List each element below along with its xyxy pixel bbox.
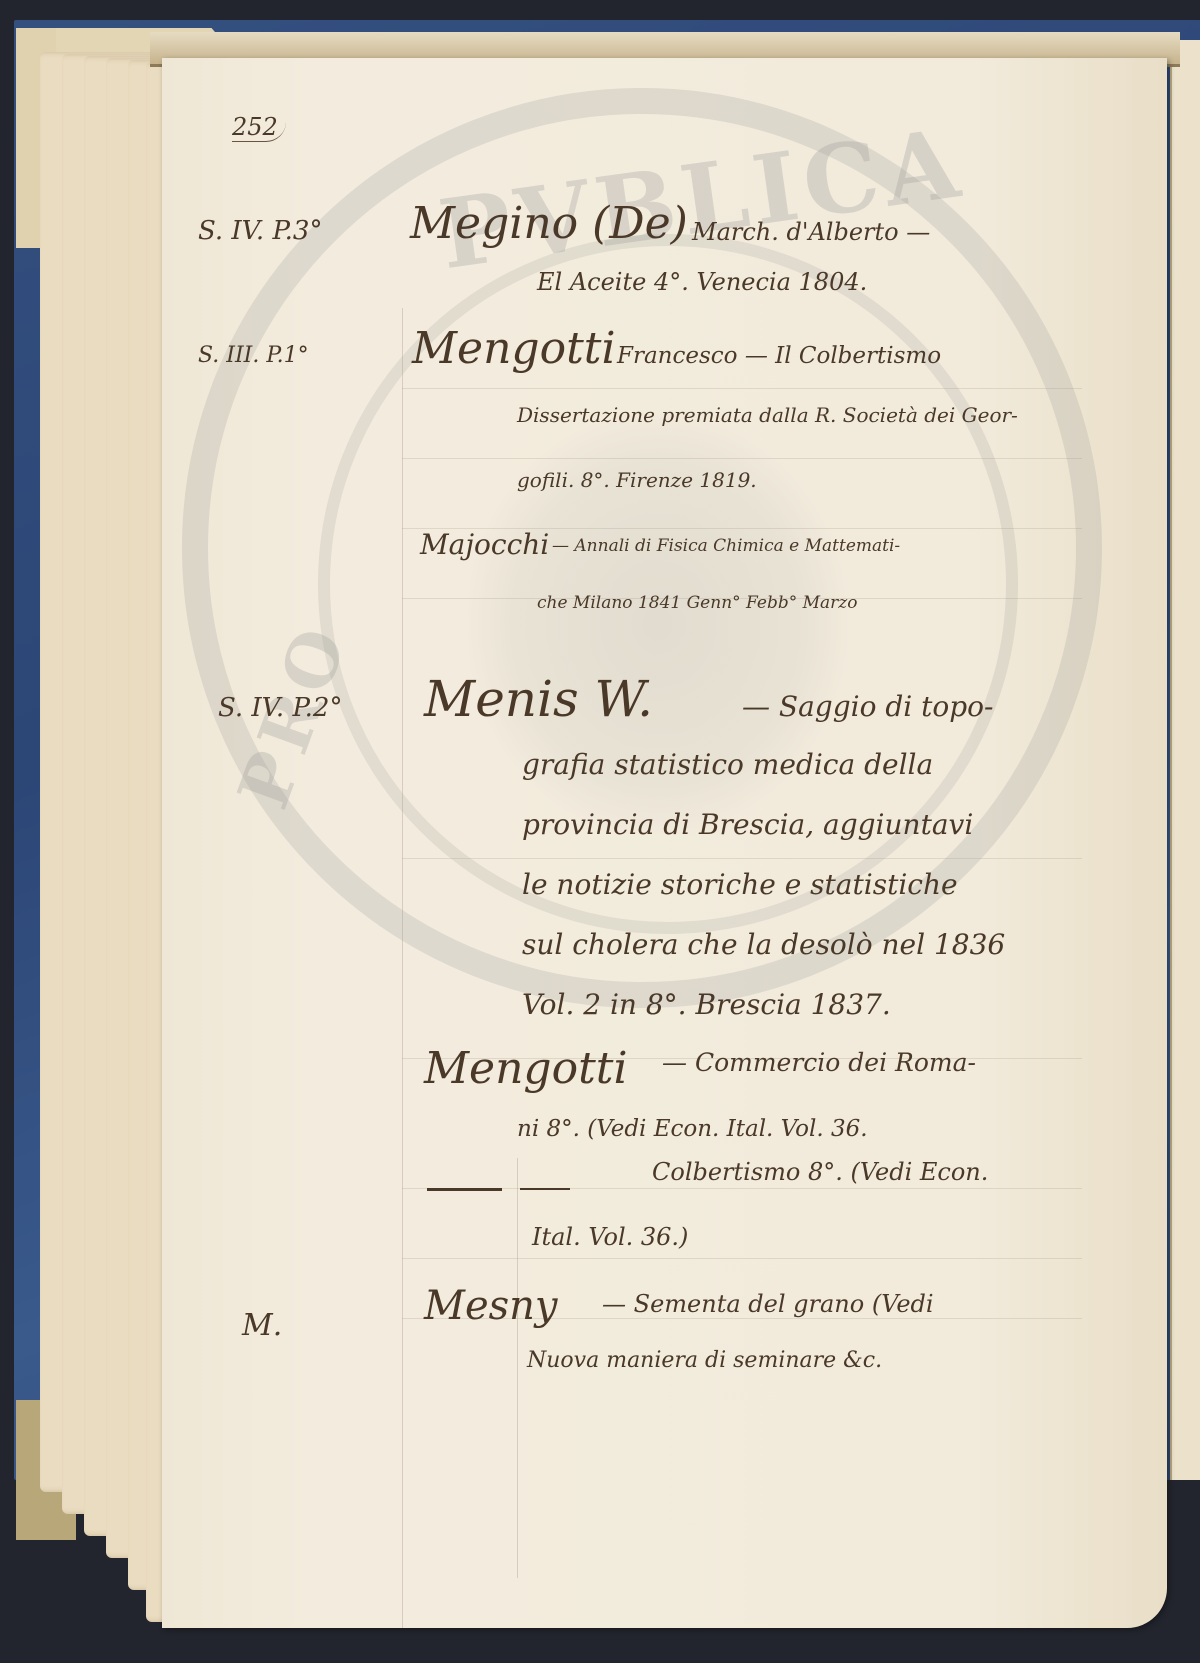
entry-author: Majocchi (420, 528, 549, 561)
facing-page-edge (1170, 40, 1200, 1480)
entry-line: — Commercio dei Roma- (662, 1048, 976, 1077)
ditto-dash (427, 1188, 502, 1191)
entry-line: le notizie storiche e statistiche (522, 868, 958, 901)
shelfmark: S. IV. P.2° (218, 693, 342, 723)
shelfmark: M. (242, 1308, 282, 1343)
entry-line: — Saggio di topo- (742, 690, 993, 723)
entry-author: Mesny (424, 1283, 558, 1329)
shelfmark: S. IV. P.3° (198, 216, 322, 246)
entry-line: Nuova maniera di seminare &c. (527, 1348, 882, 1373)
entry-line: che Milano 1841 Genn° Febb° Marzo (537, 593, 858, 613)
entry-line: provincia di Brescia, aggiuntavi (522, 808, 973, 841)
entry-author: Mengotti (424, 1043, 628, 1094)
entry-author: Menis W. (424, 670, 653, 728)
page-number: 252 (232, 113, 286, 142)
manuscript-page: PVBLICA PRO 252 S. IV. P.3° Megino (De) … (162, 58, 1167, 1628)
entry-line: Ital. Vol. 36.) (532, 1223, 688, 1251)
entry-line: sul cholera che la desolò nel 1836 (522, 928, 1005, 961)
margin-rule (402, 308, 403, 1628)
entry-line: Colbertismo 8°. (Vedi Econ. (652, 1158, 988, 1186)
entry-line: Dissertazione premiata dalla R. Società … (517, 403, 1018, 427)
entry-line: grafia statistico medica della (522, 748, 933, 781)
entry-line: — Annali di Fisica Chimica e Mattemati- (552, 536, 900, 556)
line-rule (402, 858, 1082, 859)
entry-author: Megino (De) (410, 198, 688, 249)
line-rule (402, 458, 1082, 459)
entry-author: Mengotti (412, 323, 616, 374)
line-rule (402, 1188, 1082, 1189)
entry-line: — Sementa del grano (Vedi (602, 1290, 934, 1318)
column-rule (517, 1158, 518, 1578)
entry-line: gofili. 8°. Firenze 1819. (517, 468, 757, 492)
entry-line: Vol. 2 in 8°. Brescia 1837. (522, 988, 891, 1021)
line-rule (402, 1258, 1082, 1259)
entry-line: ni 8°. (Vedi Econ. Ital. Vol. 36. (517, 1116, 868, 1142)
entry-line: El Aceite 4°. Venecia 1804. (537, 268, 867, 296)
shelfmark: S. III. P.1° (198, 343, 309, 368)
ditto-dash (520, 1188, 570, 1190)
entry-line: March. d'Alberto — (692, 218, 930, 246)
line-rule (402, 388, 1082, 389)
entry-line: Francesco — Il Colbertismo (617, 343, 941, 369)
